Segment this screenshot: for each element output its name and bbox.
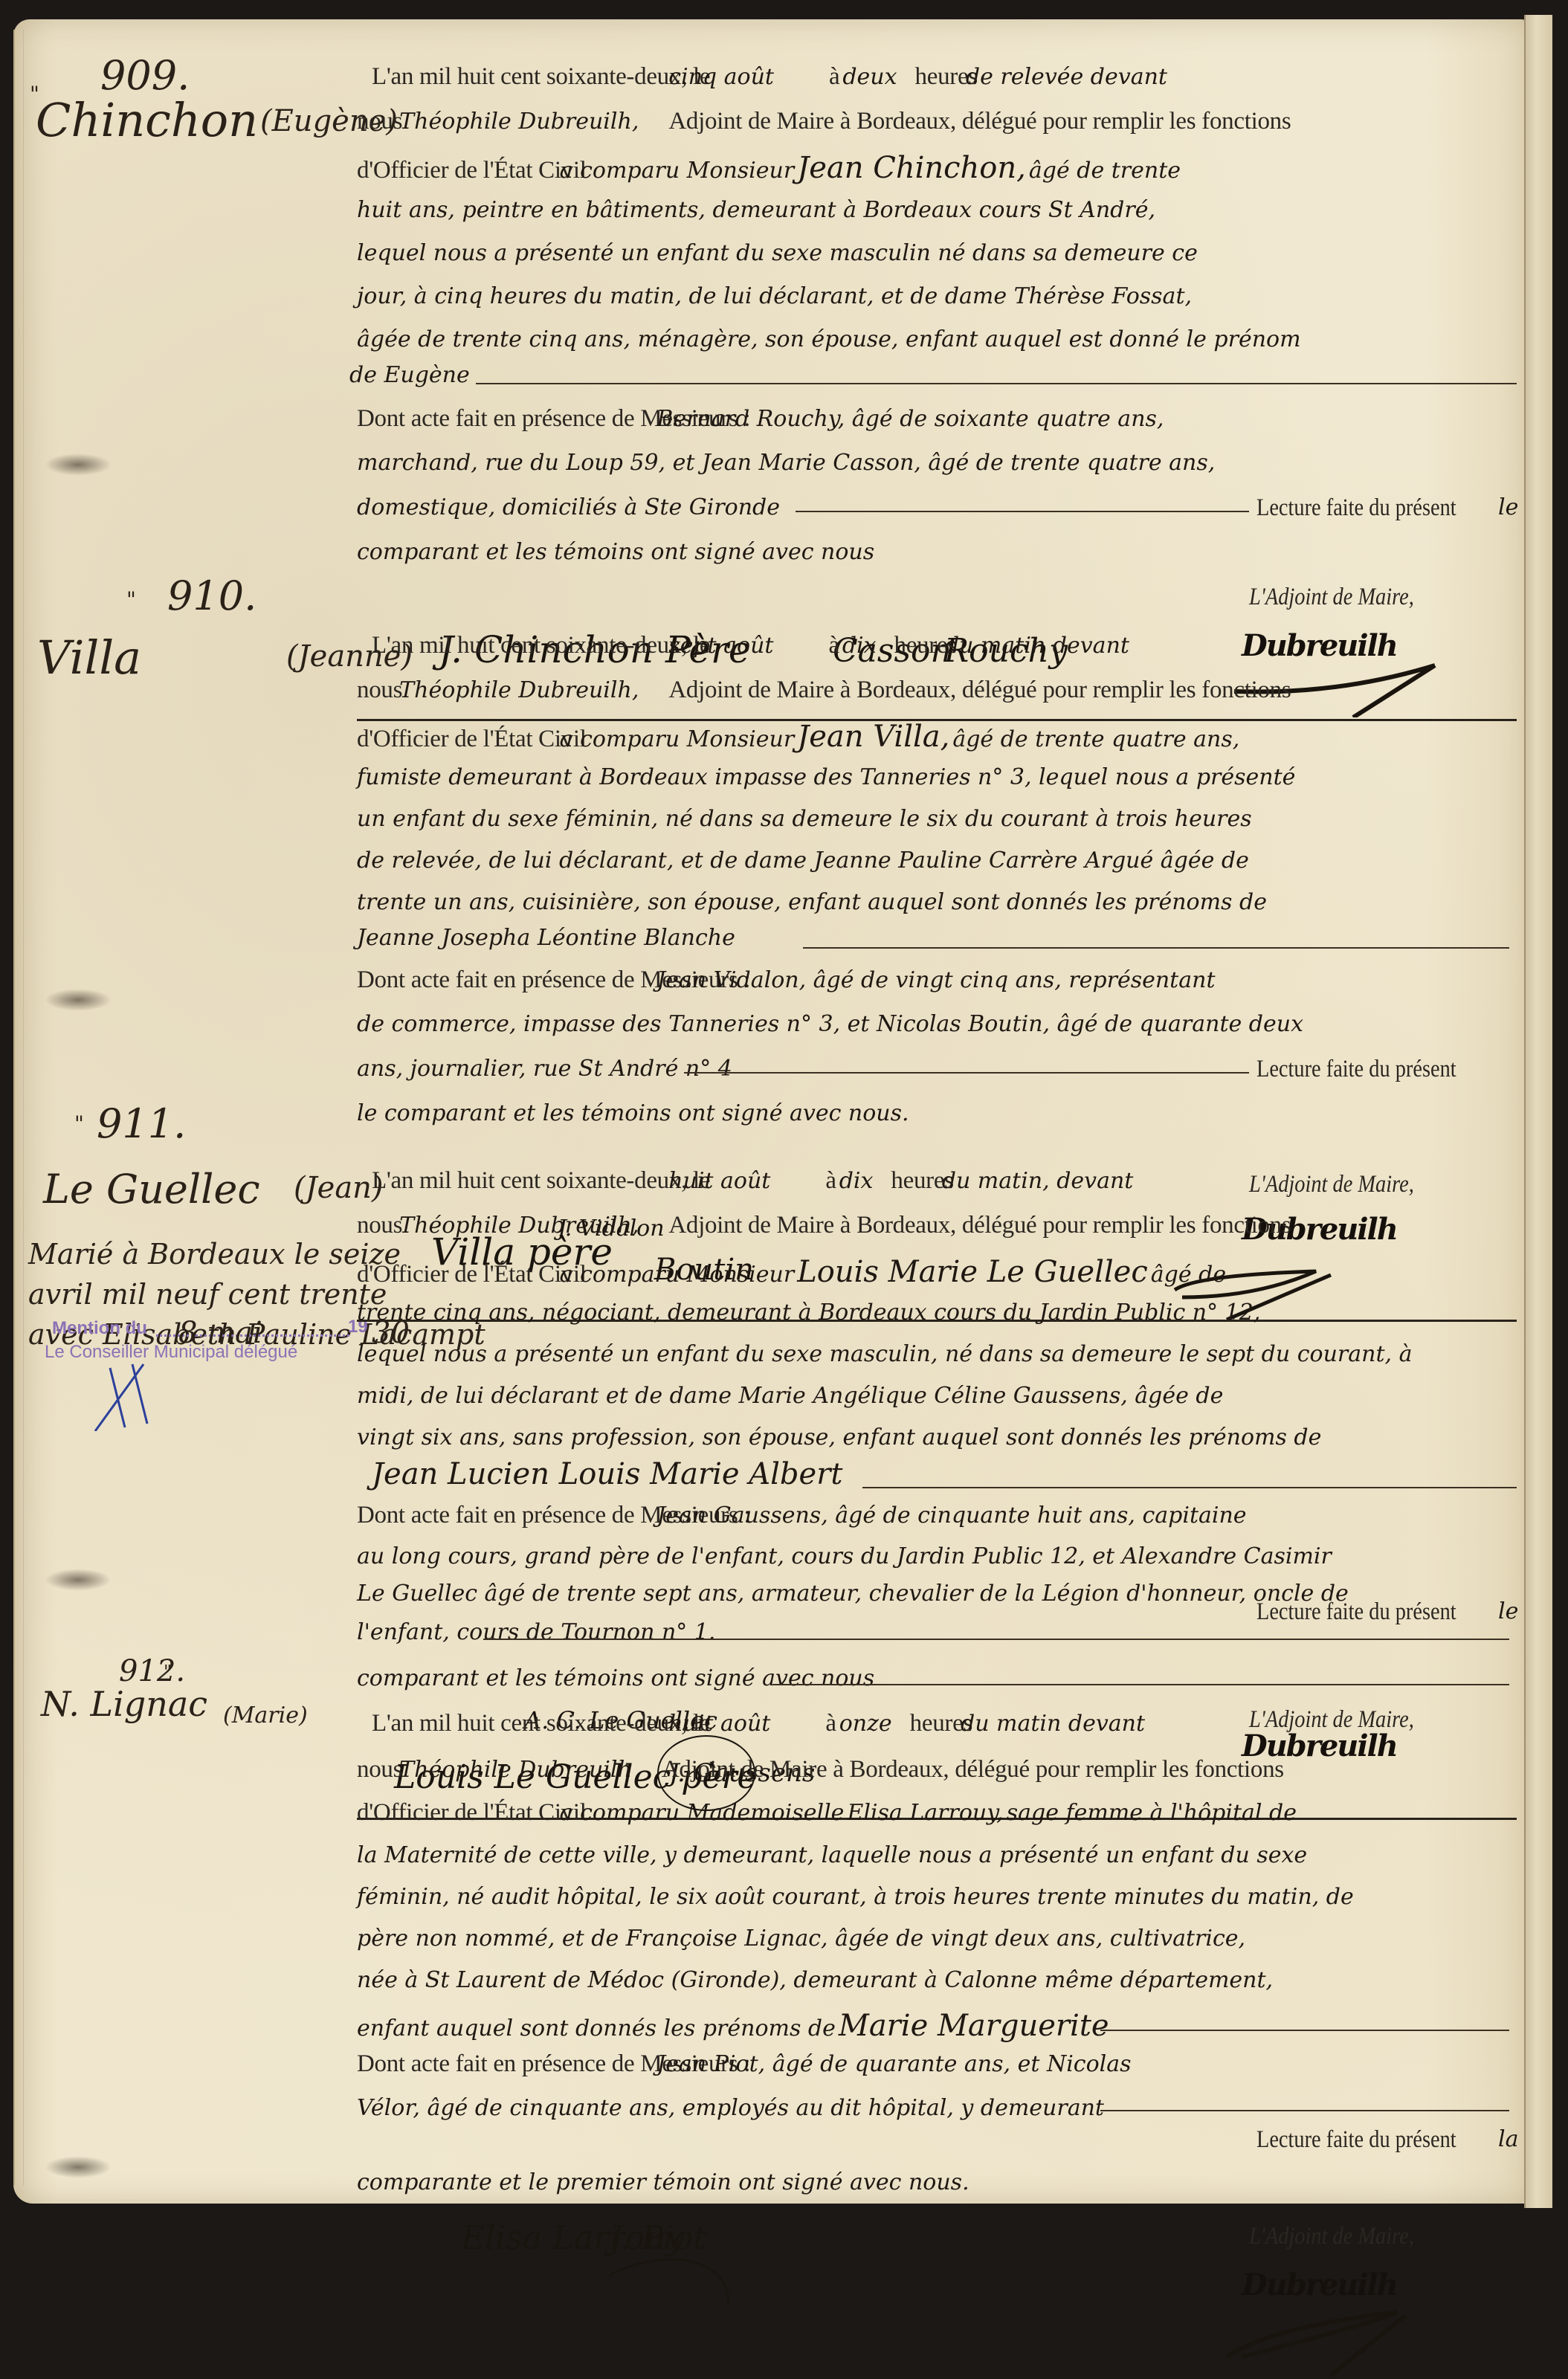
ink-smudge (45, 1569, 112, 1591)
officer-name: Théophile Dubreuilh, (399, 1213, 639, 1239)
adjoint-label: L'Adjoint de Maire, (1249, 2223, 1414, 2238)
printed-a: à (828, 632, 839, 659)
ink-smudge (45, 989, 112, 1011)
signature-witness: J. Piot (610, 2219, 706, 2238)
blue-initial-mark (88, 1360, 170, 1431)
declarant-name: Jean Chinchon, (797, 151, 1026, 185)
margin-surname: Le Guellec (43, 1166, 260, 1213)
printed-lecture: Lecture faite du présent (1256, 1598, 1456, 1626)
stamp-mention-label: Mention du (52, 1318, 147, 1339)
hour-suffix: de relevée devant (966, 64, 1167, 90)
body-line: vingt six ans, sans profession, son épou… (357, 1424, 1321, 1450)
witness-line: marchand, rue du Loup 59, et Jean Marie … (357, 450, 1215, 476)
body-line: née à St Laurent de Médoc (Gironde), dem… (357, 1967, 1273, 1993)
officer-name: Théophile Dubreuilh, (399, 109, 639, 135)
declarant-age: âgé de trente (1029, 158, 1181, 184)
closing-prefix: la (1498, 2126, 1518, 2152)
appearance-text: a comparu Monsieur (560, 158, 795, 184)
fill-rule (476, 383, 1517, 384)
act-hour: dix (839, 1168, 874, 1194)
printed-lecture: Lecture faite du présent (1256, 1056, 1456, 1083)
fill-rule (1100, 2030, 1509, 2031)
fill-rule (684, 1072, 1249, 1074)
body-line: père non nommé, et de Françoise Lignac, … (357, 1926, 1245, 1952)
printed-a: à (825, 1710, 836, 1737)
act-hour: dix (842, 633, 877, 659)
witness-line: ans, journalier, rue St André n° 4 (357, 1056, 732, 1082)
closing-line: le comparant et les témoins ont signé av… (357, 1100, 909, 1126)
witness-line: Jean Piot, âgé de quarante ans, et Nicol… (656, 2051, 1131, 2077)
printed-nous: nous (357, 108, 402, 135)
stamp-signer-label: Le Conseiller Municipal délégué (45, 1342, 297, 1363)
body-line: de relevée, de lui déclarant, et de dame… (357, 848, 1249, 874)
declarant-age: âgé de trente quatre ans, (952, 726, 1239, 752)
printed-date-prefix: L'an mil huit cent soixante-deux, le (372, 632, 710, 659)
ink-smudge (45, 2156, 112, 2178)
printed-nous: nous (357, 1756, 402, 1783)
witness-line: Bernard Rouchy, âgé de soixante quatre a… (656, 406, 1164, 432)
appearance-text: a comparu Monsieur (560, 1262, 795, 1288)
ink-smudge (45, 453, 112, 476)
margin-given-name: (Marie) (223, 1702, 308, 1728)
body-line: âgée de trente cinq ans, ménagère, son é… (357, 326, 1301, 352)
margin-surname: Villa (37, 630, 141, 685)
body-line: midi, de lui déclarant et de dame Marie … (357, 1383, 1223, 1409)
child-name-prefix: enfant auquel sont donnés les prénoms de (357, 2015, 836, 2041)
witness-line: de commerce, impasse des Tanneries n° 3,… (357, 1011, 1303, 1037)
officer-name: Théophile Dubreuilh, (399, 677, 639, 703)
fill-rule (773, 1684, 1509, 1685)
act-date: cinq août (668, 64, 774, 90)
hour-suffix: du matin devant (945, 633, 1129, 659)
appearance-text: a comparu Mademoiselle (560, 1800, 845, 1826)
printed-adjoint-line: Adjoint de Maire à Bordeaux, délégué pou… (668, 108, 1291, 135)
act-hour: deux (842, 64, 897, 90)
witness-line: Le Guellec âgé de trente sept ans, armat… (357, 1581, 1349, 1607)
child-name: Jeanne Josepha Léontine Blanche (357, 925, 735, 951)
declarant-name: Elisa Larrouy, (847, 1800, 1003, 1826)
fill-rule (862, 1487, 1517, 1488)
fill-rule (1100, 2110, 1509, 2111)
printed-adjoint-line: Adjoint de Maire à Bordeaux, délégué pou… (668, 1212, 1291, 1239)
printed-adjoint-line: Adjoint de Maire à Bordeaux, délégué pou… (662, 1756, 1284, 1783)
closing-prefix: le (1498, 494, 1518, 520)
declarant-name: Jean Villa, (797, 720, 949, 754)
witness-line: l'enfant, cours de Tournon n° 1. (357, 1619, 715, 1645)
body-line: jour, à cinq heures du matin, de lui déc… (357, 283, 1192, 309)
hour-suffix: du matin, devant (942, 1168, 1134, 1194)
printed-nous: nous (357, 677, 402, 703)
printed-date-prefix: L'an mil huit cent soixante-deux, le (372, 63, 710, 90)
printed-date-prefix: L'an mil huit cent soixante-deux, le (372, 1167, 710, 1194)
witness-line: Jean Gaussens, âgé de cinquante huit ans… (656, 1502, 1246, 1529)
body-line: lequel nous a présenté un enfant du sexe… (357, 240, 1198, 266)
body-line: fumiste demeurant à Bordeaux impasse des… (357, 764, 1295, 790)
printed-lecture: Lecture faite du présent (1256, 2126, 1456, 2154)
margin-surname: N. Lignac (41, 1684, 207, 1724)
body-line: huit ans, peintre en bâtiments, demeuran… (357, 197, 1155, 223)
printed-adjoint-line: Adjoint de Maire à Bordeaux, délégué pou… (668, 677, 1291, 703)
printed-officier: d'Officier de l'État Civil (357, 726, 587, 752)
closing-line: comparante et le premier témoin ont sign… (357, 2169, 969, 2195)
act-number: 911. (97, 1100, 186, 1147)
fill-rule (483, 1639, 1509, 1640)
body-line: un enfant du sexe féminin, né dans sa de… (357, 806, 1252, 832)
officer-name: Théophile Dubreuilh (399, 1757, 632, 1783)
child-name: de Eugène (349, 362, 470, 388)
child-name: Marie Marguerite (839, 2009, 1109, 2043)
declarant-age: sage femme à l'hôpital de (1007, 1800, 1297, 1826)
printed-officier: d'Officier de l'État Civil (357, 157, 587, 184)
adjoint-label: L'Adjoint de Maire, (1249, 1171, 1414, 1198)
child-name: Jean Lucien Louis Marie Albert (372, 1457, 842, 1491)
printed-a: à (825, 1167, 836, 1194)
act-date: huit août (668, 1168, 770, 1194)
ditto-mark: " (74, 1111, 84, 1136)
hour-suffix: du matin devant (961, 1711, 1145, 1737)
page-edge-right (1524, 15, 1552, 2208)
printed-date-prefix: L'an mil huit cent soixante-deux, le (372, 1710, 710, 1737)
page-edge-left (13, 30, 24, 2186)
printed-lecture: Lecture faite du présent (1256, 494, 1456, 522)
declarant-age: âgé de (1151, 1262, 1226, 1288)
act-number: 909. (100, 52, 190, 99)
printed-nous: nous (357, 1212, 402, 1239)
witness-line: Vélor, âgé de cinquante ans, employés au… (357, 2095, 1104, 2121)
declarant-name: Louis Marie Le Guellec (797, 1255, 1148, 1289)
body-line: trente cinq ans, négociant, demeurant à … (357, 1300, 1260, 1326)
closing-line: comparant et les témoins ont signé avec … (357, 1665, 874, 1691)
margin-surname: Chinchon (36, 93, 258, 147)
closing-line: comparant et les témoins ont signé avec … (357, 539, 874, 565)
act-date: sept août (668, 633, 773, 659)
witness-line: au long cours, grand père de l'enfant, c… (357, 1543, 1332, 1569)
appearance-text: a comparu Monsieur (560, 726, 795, 752)
closing-prefix: le (1498, 1598, 1518, 1624)
witness-line: Jean Vidalon, âgé de vingt cinq ans, rep… (656, 967, 1215, 993)
fill-rule (803, 947, 1509, 949)
fill-rule (796, 511, 1249, 512)
printed-officier: d'Officier de l'État Civil (357, 1261, 587, 1288)
ditto-mark: " (126, 587, 136, 612)
witness-line: domestique, domiciliés à Ste Gironde (357, 494, 780, 520)
body-line: féminin, né audit hôpital, le six août c… (357, 1884, 1354, 1910)
act-hour: onze (839, 1711, 892, 1737)
adjoint-label: L'Adjoint de Maire, (1249, 584, 1414, 611)
body-line: la Maternité de cette ville, y demeurant… (357, 1842, 1307, 1868)
act-date: huit août (668, 1711, 770, 1737)
printed-officier: d'Officier de l'État Civil (357, 1799, 587, 1826)
body-line: lequel nous a présenté un enfant du sexe… (357, 1341, 1412, 1367)
margin-given-name: (Jean) (294, 1171, 384, 1205)
body-line: trente un ans, cuisinière, son épouse, e… (357, 889, 1267, 915)
printed-a: à (829, 63, 839, 90)
act-number: 910. (167, 572, 257, 619)
